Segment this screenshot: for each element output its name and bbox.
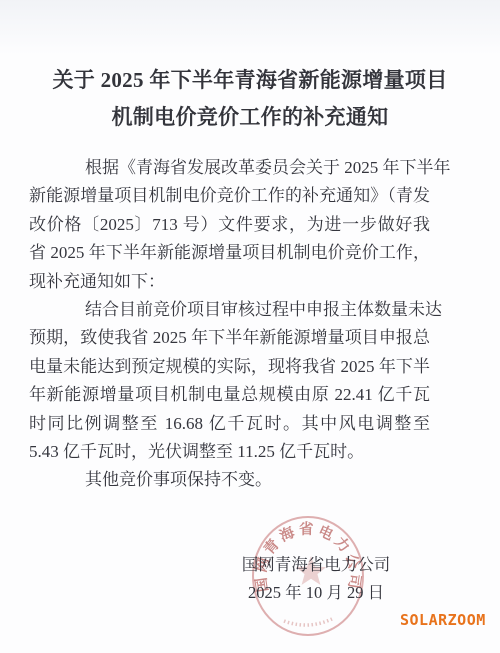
body-text: 根据《青海省发展改革委员会关于 2025 年下半年新能源增量项目机制电价竞价工作… [29,154,430,495]
body-line: 5.43 亿千瓦时，光伏调整至 11.25 亿千瓦时。 [29,438,430,466]
body-line: 时同比例调整至 16.68 亿千瓦时。其中风电调整至 [29,410,430,438]
signature-org: 国网青海省电力公司 [238,551,394,579]
signature-date: 2025 年 10 月 29 日 [238,579,394,607]
body-line: 根据《青海省发展改革委员会关于 2025 年下半年 [29,154,430,182]
scanned-notice-page: { "document": { "title_lines": [ "关于 202… [0,0,500,653]
body-line: 预期，致使我省 2025 年下半年新能源增量项目申报总 [29,324,430,352]
signature-block: 国网青海省电力公司 2025 年 10 月 29 日 [238,551,394,607]
document-title: 关于 2025 年下半年青海省新能源增量项目 机制电价竞价工作的补充通知 [20,62,480,136]
seal-serial-marks [284,619,332,625]
body-line: 年新能源增量项目机制电量总规模由原 22.41 亿千瓦 [29,381,430,409]
scan-edge-tint [0,0,500,55]
body-line: 新能源增量项目机制电价竞价工作的补充通知》（青发 [29,182,430,210]
title-line-2: 机制电价竞价工作的补充通知 [20,99,480,136]
body-line: 改价格〔2025〕713 号）文件要求，为进一步做好我 [29,211,430,239]
body-line: 省 2025 年下半年新能源增量项目机制电价竞价工作， [29,239,430,267]
body-line: 其他竞价事项保持不变。 [29,466,430,494]
title-line-1: 关于 2025 年下半年青海省新能源增量项目 [20,62,480,99]
watermark-solarzoom: SOLARZOOM [400,611,486,629]
body-line: 结合目前竞价项目审核过程中申报主体数量未达 [29,296,430,324]
body-line: 电量未能达到预定规模的实际，现将我省 2025 年下半 [29,353,430,381]
body-line: 现补充通知如下： [29,268,430,296]
